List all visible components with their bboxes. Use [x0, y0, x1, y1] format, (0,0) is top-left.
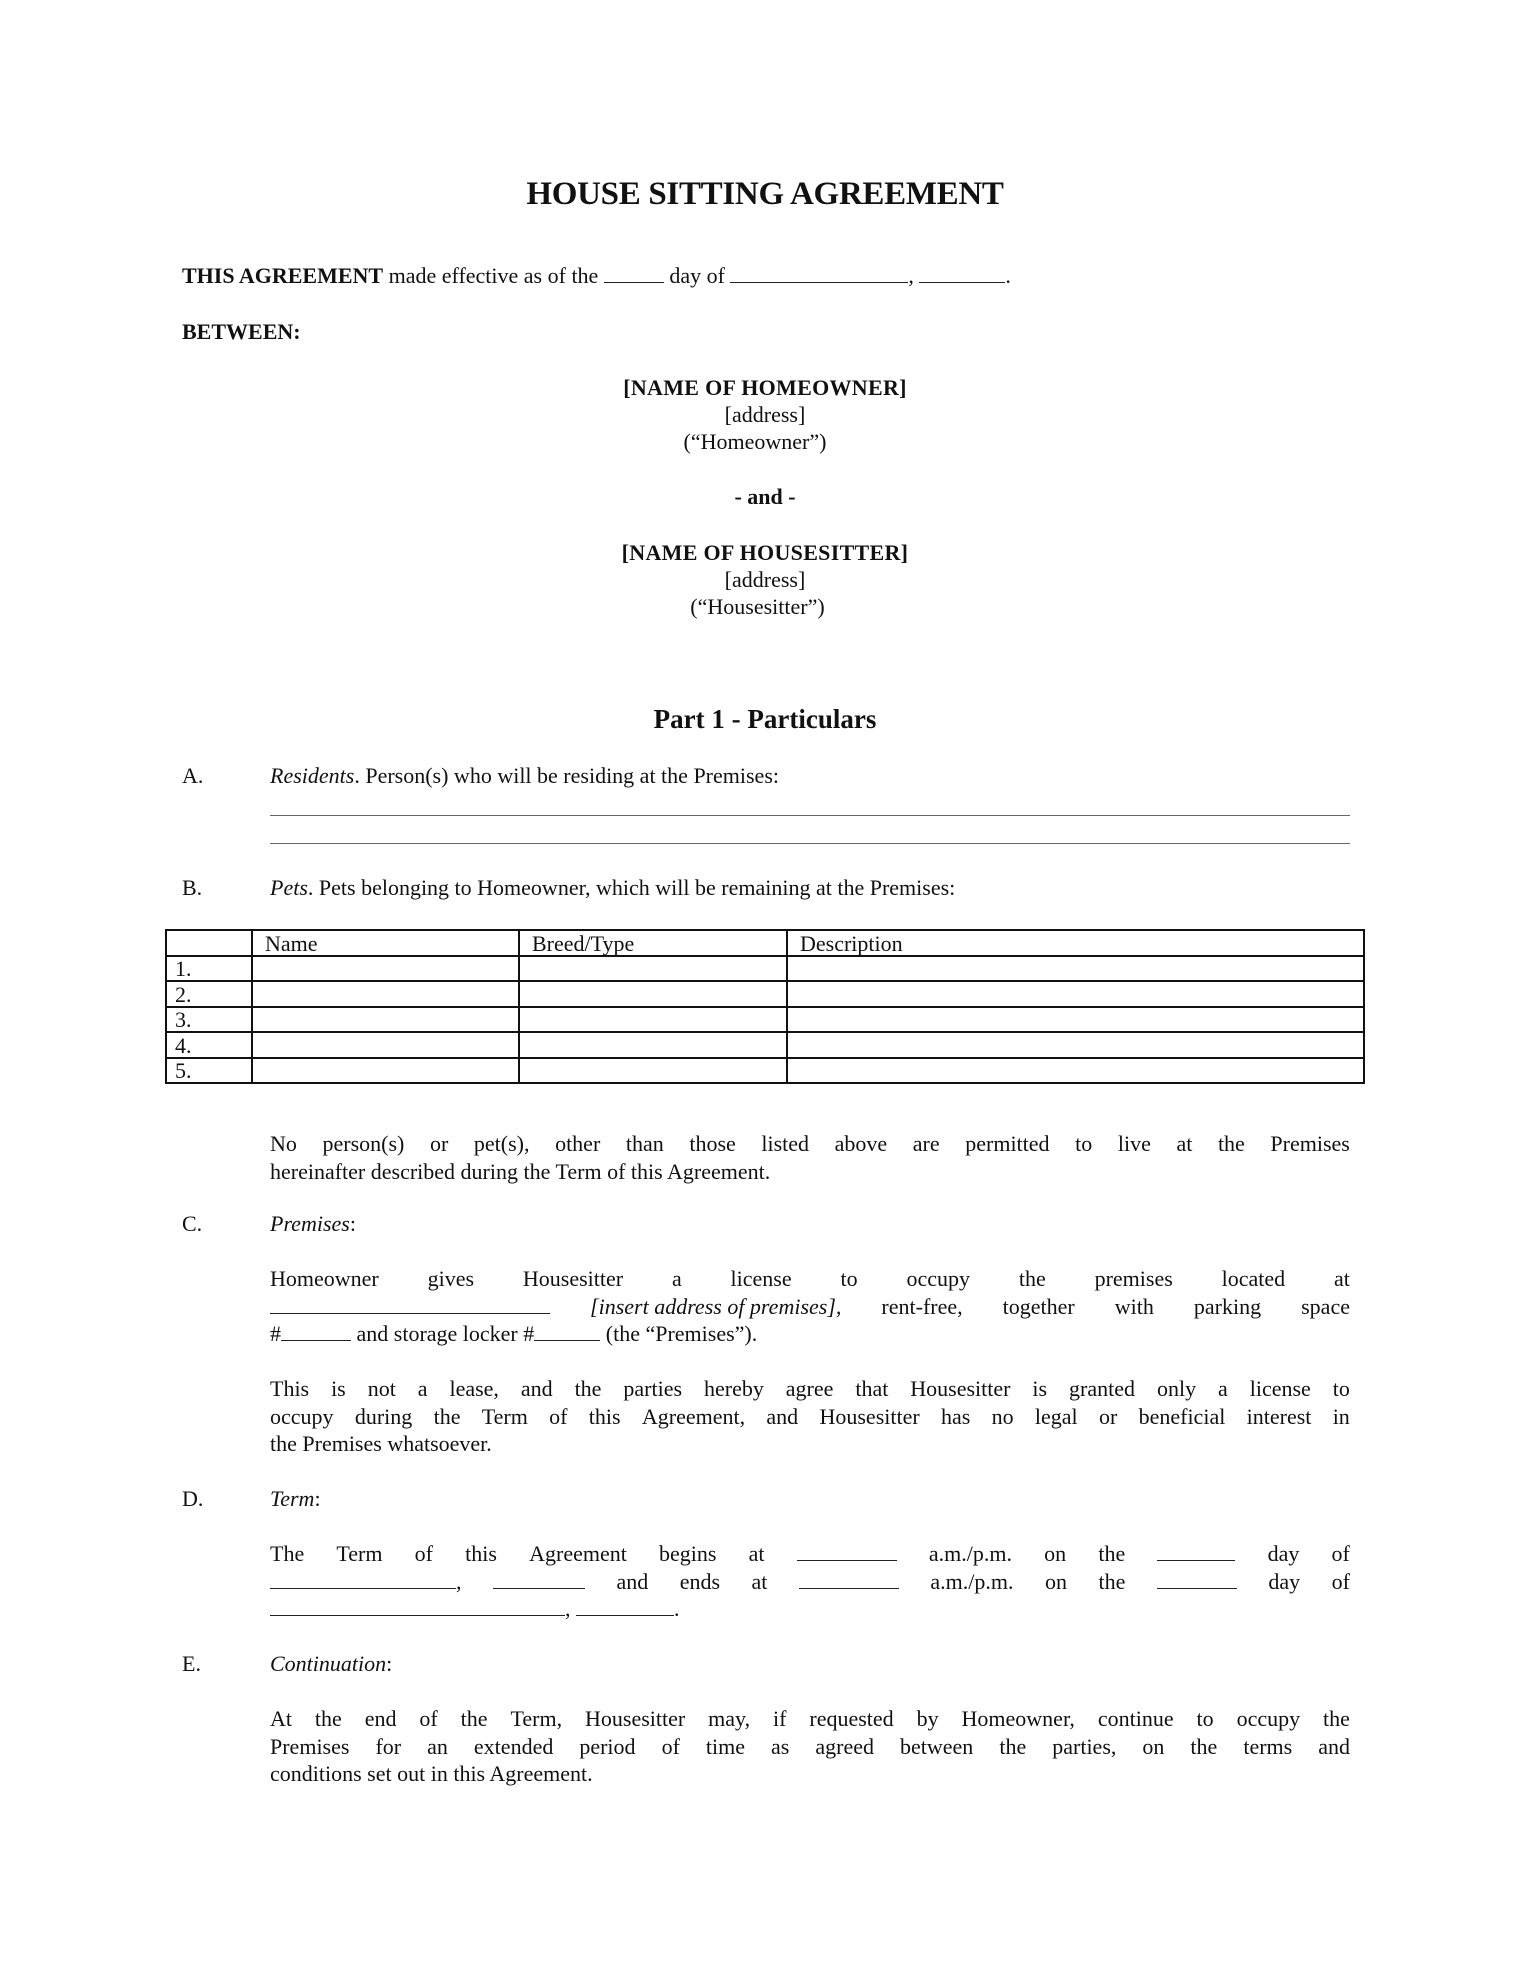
premises-defined-term: (the “Premises”).	[600, 1321, 757, 1346]
word: requested	[809, 1705, 893, 1733]
word: day	[1268, 1568, 1300, 1596]
housesitter-block: [NAME OF HOUSESITTER] [address] (“Houses…	[0, 539, 1530, 620]
residents-line-2[interactable]	[270, 843, 1350, 844]
word: No	[270, 1130, 297, 1158]
word: on	[1142, 1733, 1164, 1761]
pet-name-cell[interactable]	[252, 1032, 519, 1058]
table-row: 3.	[166, 1007, 1364, 1033]
section-a-letter: A.	[182, 762, 203, 790]
part1-heading: Part 1 - Particulars	[0, 704, 1530, 735]
word: a	[418, 1375, 428, 1403]
word: than	[626, 1130, 664, 1158]
word: and	[766, 1403, 798, 1431]
word: license	[731, 1265, 792, 1293]
between-label: BETWEEN:	[182, 318, 301, 346]
section-c-heading: Premises:	[270, 1210, 356, 1238]
word: agree	[786, 1375, 834, 1403]
premises-line-3: # and storage locker # (the “Premises”).	[270, 1320, 1350, 1348]
word: at	[752, 1568, 768, 1596]
pet-name-cell[interactable]	[252, 956, 519, 982]
pets-table-header: Name Breed/Type Description	[166, 930, 1364, 956]
fill-in-blank[interactable]	[797, 1540, 897, 1561]
term-line-3: , .	[270, 1595, 1350, 1623]
header-breed-type: Breed/Type	[519, 930, 787, 956]
word: the	[1098, 1540, 1125, 1568]
table-row: 5.	[166, 1058, 1364, 1084]
section-d-colon: :	[314, 1486, 320, 1511]
word: above	[835, 1130, 888, 1158]
word: occupy	[906, 1265, 970, 1293]
word: ends	[680, 1568, 720, 1596]
document-title: HOUSE SITTING AGREEMENT	[0, 176, 1530, 213]
header-description: Description	[787, 930, 1364, 956]
word: At	[270, 1705, 292, 1733]
word: this	[589, 1403, 621, 1431]
header-name: Name	[252, 930, 519, 956]
word: for	[375, 1733, 401, 1761]
word: an	[427, 1733, 448, 1761]
word: in	[1333, 1403, 1350, 1431]
license-line-2: occupyduringtheTermofthisAgreement,andHo…	[270, 1403, 1350, 1431]
word: continue	[1098, 1705, 1174, 1733]
parking-space-blank[interactable]	[281, 1320, 351, 1341]
word: parties,	[1052, 1733, 1116, 1761]
section-d-label: Term	[270, 1486, 314, 1511]
word: Term	[336, 1540, 382, 1568]
pets-note: Noperson(s)orpet(s),otherthanthoselisted…	[270, 1130, 1350, 1185]
word: day	[1268, 1540, 1300, 1568]
insert-address-hint: [insert address of premises],	[590, 1293, 841, 1321]
term-line-3-end: .	[674, 1596, 680, 1621]
word: person(s)	[322, 1130, 404, 1158]
word: or	[1099, 1403, 1117, 1431]
insert-address-text: [insert address of premises]	[590, 1294, 836, 1319]
word: has	[941, 1403, 970, 1431]
housesitter-defined-term: (“Housesitter”)	[0, 593, 1530, 620]
word: to	[1075, 1130, 1092, 1158]
word: parking	[1194, 1293, 1261, 1321]
word: on	[1045, 1568, 1067, 1596]
residents-line-1[interactable]	[270, 815, 1350, 816]
continuation-line-3: conditions set out in this Agreement.	[270, 1760, 1350, 1788]
word: at	[1334, 1265, 1350, 1293]
word: This	[270, 1375, 309, 1403]
word: Term	[482, 1403, 528, 1431]
word: this	[465, 1540, 497, 1568]
license-line-1: Thisisnotalease,andthepartiesherebyagree…	[270, 1375, 1350, 1403]
row-number: 2.	[166, 981, 252, 1007]
word: a	[1218, 1375, 1228, 1403]
effective-day-blank[interactable]	[604, 262, 664, 283]
end-year-blank[interactable]	[576, 1595, 674, 1616]
word: hereby	[704, 1375, 764, 1403]
premises-line-2: [insert address of premises], rent-free,…	[270, 1293, 1350, 1321]
word: the	[1019, 1265, 1046, 1293]
table-row: 2.	[166, 981, 1364, 1007]
word: the	[315, 1705, 342, 1733]
word: granted	[1069, 1375, 1135, 1403]
word: are	[913, 1130, 940, 1158]
fill-in-blank[interactable]	[1157, 1540, 1235, 1561]
section-b-letter: B.	[182, 874, 202, 902]
pet-breed-cell[interactable]	[519, 981, 787, 1007]
word: Agreement,	[642, 1403, 745, 1431]
pet-name-cell[interactable]	[252, 981, 519, 1007]
word: of	[662, 1733, 680, 1761]
word: the	[575, 1375, 602, 1403]
word: if	[773, 1705, 786, 1733]
housesitter-address: [address]	[0, 566, 1530, 593]
word: terms	[1243, 1733, 1292, 1761]
pets-note-line-1: Noperson(s)orpet(s),otherthanthoselisted…	[270, 1130, 1350, 1158]
section-d-heading: Term:	[270, 1485, 321, 1513]
section-e-letter: E.	[182, 1650, 201, 1678]
term-line-1: TheTermofthisAgreementbeginsata.m./p.m.o…	[270, 1540, 1350, 1568]
word: Homeowner,	[962, 1705, 1075, 1733]
word: premises	[1095, 1265, 1173, 1293]
homeowner-block: [NAME OF HOMEOWNER] [address] (“Homeowne…	[0, 374, 1530, 455]
word: beneficial	[1139, 1403, 1226, 1431]
pet-breed-cell[interactable]	[519, 1032, 787, 1058]
blank-group	[493, 1568, 585, 1596]
pet-description-cell[interactable]	[787, 1058, 1364, 1084]
section-b-text: Pets. Pets belonging to Homeowner, which…	[270, 874, 955, 902]
pets-table: Name Breed/Type Description 1.2.3.4.5.	[165, 929, 1365, 1084]
word: and	[1318, 1733, 1350, 1761]
word: to	[1333, 1375, 1350, 1403]
word: a.m./p.m.	[929, 1540, 1012, 1568]
word: as	[771, 1733, 789, 1761]
word: occupy	[270, 1403, 334, 1431]
term-line-3-separator: ,	[565, 1596, 576, 1621]
premises-line-1: HomeownergivesHousesitteralicensetooccup…	[270, 1265, 1350, 1293]
word: legal	[1035, 1403, 1078, 1431]
word: other	[555, 1130, 600, 1158]
section-a-text: Residents. Person(s) who will be residin…	[270, 762, 779, 790]
intro-text-4: .	[1005, 263, 1011, 288]
section-a-label: Residents	[270, 763, 354, 788]
word: Term,	[510, 1705, 562, 1733]
pet-name-cell[interactable]	[252, 1058, 519, 1084]
intro-text-3: ,	[908, 263, 919, 288]
pet-name-cell[interactable]	[252, 1007, 519, 1033]
pet-description-cell[interactable]	[787, 1007, 1364, 1033]
section-b-description: . Pets belonging to Homeowner, which wil…	[308, 875, 955, 900]
word: is	[1032, 1375, 1047, 1403]
row-number: 1.	[166, 956, 252, 982]
word: that	[855, 1375, 888, 1403]
word: Agreement	[529, 1540, 627, 1568]
word: or	[430, 1130, 448, 1158]
table-row: 1.	[166, 956, 1364, 982]
pet-breed-cell[interactable]	[519, 956, 787, 982]
word: Homeowner	[270, 1265, 379, 1293]
section-c-label: Premises	[270, 1211, 350, 1236]
word: together	[1003, 1293, 1075, 1321]
header-number	[166, 930, 252, 956]
effective-year-blank[interactable]	[919, 262, 1005, 283]
pet-description-cell[interactable]	[787, 956, 1364, 982]
word: pet(s),	[474, 1130, 530, 1158]
word: Premises	[1270, 1130, 1349, 1158]
fill-in-blank[interactable]	[270, 1568, 456, 1589]
word: of	[415, 1540, 433, 1568]
word: at	[1176, 1130, 1192, 1158]
word: those	[689, 1130, 735, 1158]
word: of	[1332, 1568, 1350, 1596]
word: license	[1250, 1375, 1311, 1403]
word: listed	[761, 1130, 809, 1158]
word: extended	[474, 1733, 553, 1761]
word: not	[368, 1375, 396, 1403]
pet-description-cell[interactable]	[787, 981, 1364, 1007]
word: at	[749, 1540, 765, 1568]
word: of	[1332, 1540, 1350, 1568]
license-paragraph: Thisisnotalease,andthepartiesherebyagree…	[270, 1375, 1350, 1458]
end-month-blank[interactable]	[270, 1595, 565, 1616]
blank-group: ,	[270, 1568, 462, 1596]
intro-text-2: day of	[664, 263, 731, 288]
word: Housesitter	[819, 1403, 919, 1431]
row-number: 3.	[166, 1007, 252, 1033]
pet-breed-cell[interactable]	[519, 1058, 787, 1084]
section-a-description: . Person(s) who will be residing at the …	[354, 763, 779, 788]
word: by	[917, 1705, 939, 1733]
word: the	[999, 1733, 1026, 1761]
fill-in-blank[interactable]	[799, 1568, 899, 1589]
word: space	[1301, 1293, 1350, 1321]
section-e-heading: Continuation:	[270, 1650, 392, 1678]
word: no	[992, 1403, 1014, 1431]
housesitter-name: [NAME OF HOUSESITTER]	[0, 539, 1530, 566]
parking-hash: #	[270, 1321, 281, 1346]
word: the	[461, 1705, 488, 1733]
word: the	[1323, 1705, 1350, 1733]
word: parties	[623, 1375, 682, 1403]
word: only	[1157, 1375, 1196, 1403]
word: and	[616, 1568, 648, 1596]
and-separator: - and -	[0, 484, 1530, 510]
section-c-colon: :	[350, 1211, 356, 1236]
license-line-3: the Premises whatsoever.	[270, 1430, 1350, 1458]
word: on	[1044, 1540, 1066, 1568]
section-e-colon: :	[386, 1651, 392, 1676]
word: with	[1115, 1293, 1154, 1321]
blank-group	[1157, 1568, 1237, 1596]
word: between	[900, 1733, 973, 1761]
word: during	[355, 1403, 412, 1431]
row-number: 4.	[166, 1032, 252, 1058]
word: the	[1190, 1733, 1217, 1761]
homeowner-address: [address]	[0, 401, 1530, 428]
intro-text-1: made effective as of the	[383, 263, 604, 288]
section-e-label: Continuation	[270, 1651, 386, 1676]
section-d-letter: D.	[182, 1485, 203, 1513]
word: begins	[659, 1540, 716, 1568]
word: end	[365, 1705, 397, 1733]
word: Premises	[270, 1733, 349, 1761]
intro-lead: THIS AGREEMENT	[182, 263, 383, 288]
section-c-letter: C.	[182, 1210, 202, 1238]
word: a	[672, 1265, 682, 1293]
word: time	[706, 1733, 745, 1761]
word: the	[434, 1403, 461, 1431]
word: live	[1118, 1130, 1151, 1158]
pet-description-cell[interactable]	[787, 1032, 1364, 1058]
word: to	[1197, 1705, 1214, 1733]
homeowner-defined-term: (“Homeowner”)	[0, 428, 1530, 455]
agreement-intro: THIS AGREEMENT made effective as of the …	[182, 262, 1011, 290]
word: to	[840, 1265, 857, 1293]
word: period	[579, 1733, 635, 1761]
word: of	[419, 1705, 437, 1733]
pets-note-line-2: hereinafter described during the Term of…	[270, 1158, 1350, 1186]
effective-month-blank[interactable]	[730, 262, 908, 283]
word: the	[1098, 1568, 1125, 1596]
continuation-line-1: AttheendoftheTerm,Housesittermay,ifreque…	[270, 1705, 1350, 1733]
blank-group	[1157, 1540, 1235, 1568]
word: gives	[428, 1265, 474, 1293]
word: rent-free,	[881, 1293, 962, 1321]
word: located	[1222, 1265, 1286, 1293]
term-paragraph: TheTermofthisAgreementbeginsata.m./p.m.o…	[270, 1540, 1350, 1623]
premises-paragraph: HomeownergivesHousesitteralicensetooccup…	[270, 1265, 1350, 1348]
pet-breed-cell[interactable]	[519, 1007, 787, 1033]
word: permitted	[965, 1130, 1049, 1158]
word: agreed	[815, 1733, 874, 1761]
word: occupy	[1237, 1705, 1301, 1733]
word: lease,	[449, 1375, 498, 1403]
word: is	[331, 1375, 346, 1403]
storage-locker-text: and storage locker #	[351, 1321, 534, 1346]
word: Housesitter	[523, 1265, 623, 1293]
word: interest	[1247, 1403, 1312, 1431]
word: The	[270, 1540, 304, 1568]
word: the	[1218, 1130, 1245, 1158]
fill-in-blank[interactable]	[493, 1568, 585, 1589]
homeowner-name: [NAME OF HOMEOWNER]	[0, 374, 1530, 401]
fill-in-blank[interactable]	[1157, 1568, 1237, 1589]
term-line-2: ,andendsata.m./p.m.onthedayof	[270, 1568, 1350, 1596]
word: and	[521, 1375, 553, 1403]
storage-locker-blank[interactable]	[534, 1320, 600, 1341]
continuation-paragraph: AttheendoftheTerm,Housesittermay,ifreque…	[270, 1705, 1350, 1788]
premises-address-blank[interactable]	[270, 1293, 550, 1314]
word: may,	[708, 1705, 750, 1733]
word: a.m./p.m.	[930, 1568, 1013, 1596]
word: Housesitter	[910, 1375, 1010, 1403]
continuation-line-2: Premisesforanextendedperiodoftimeasagree…	[270, 1733, 1350, 1761]
word: Housesitter	[585, 1705, 685, 1733]
blank-group	[797, 1540, 897, 1568]
row-number: 5.	[166, 1058, 252, 1084]
section-b-label: Pets	[270, 875, 308, 900]
blank-group	[799, 1568, 899, 1596]
word: of	[549, 1403, 567, 1431]
table-row: 4.	[166, 1032, 1364, 1058]
